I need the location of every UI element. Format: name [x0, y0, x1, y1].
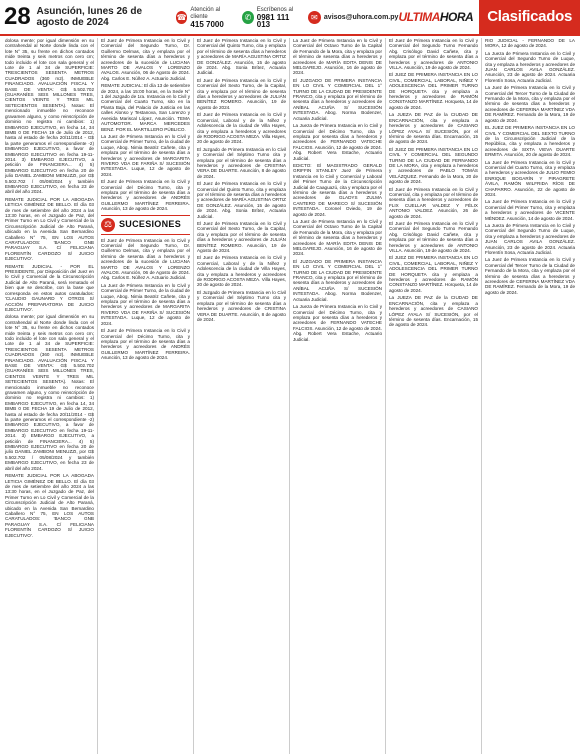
section-title: Clasificados: [479, 0, 580, 34]
contact-email-value: avisos@uhora.com.py: [324, 14, 399, 21]
column-3: El Juez de Primera Instancia en lo Civil…: [194, 38, 290, 754]
notice: El Juez de Primera Instancia en lo Civil…: [101, 38, 190, 81]
notice: La Juez de Primera Instancia en lo Civil…: [485, 199, 575, 221]
notice: La Jueza de Primera Instancia en lo Civi…: [485, 223, 575, 255]
notice: La Juez de Primera Instancia en lo Civil…: [101, 134, 190, 177]
column-5: El Juez de Primera Instancia en lo Civil…: [386, 38, 482, 754]
contact-phone-value: 415 7000: [190, 21, 234, 28]
phone-icon: ☎: [176, 11, 188, 24]
notice: La Jueza de Primera Instancia en lo Civi…: [293, 123, 382, 161]
notice: El Juez de Primera Instancia en lo Civil…: [197, 221, 286, 253]
notice: El Juez de Primera Instancia en lo Civil…: [389, 187, 478, 219]
notice: REMATE JUDICIAL POR LA ABOGADA LETICIA G…: [5, 197, 94, 262]
page-header: 28 Asunción, lunes 26 de agosto de 2024 …: [0, 0, 580, 34]
brand-logo: ULTIMAHORA Clasificados: [398, 0, 580, 34]
notice: El Juez de Primera Instancia en lo Civil…: [101, 328, 190, 360]
column-1: dolosa mente; por igual dimensión en su …: [2, 38, 98, 754]
header-rule: [0, 34, 580, 36]
notice: El JUEZ DE PRIMERA INSTANCIA EN LO CIVIL…: [389, 255, 478, 293]
dateline: Asunción, lunes 26 de agosto de 2024: [36, 6, 171, 28]
notice: El Juzgado de Primera Instancia en lo Ci…: [197, 147, 286, 179]
section-label: SUCESIONES: [119, 222, 181, 227]
notice: El JUZGADO DE PRIMERA INSTANCIA EN LO CI…: [293, 78, 382, 121]
notice: RIO JUDICIAL - FERNANDO DE LA MORA, 12 d…: [485, 38, 575, 49]
page-number: 28: [4, 3, 36, 31]
notice: El Juez de Primera Instancia en lo Civil…: [197, 181, 286, 219]
notice: El Juez de Primera Instancia en lo Civil…: [389, 221, 478, 253]
email-icon: ✉: [308, 11, 321, 24]
contact-email[interactable]: ✉ avisos@uhora.com.py: [308, 11, 399, 24]
logo-ultima-hora: ULTIMAHORA: [398, 10, 479, 24]
notice: El JUEZ DE PRIMERA INSTANCIA EN LO CIVIL…: [389, 72, 478, 110]
notice: EL JUEZ DE PRIMERA INSTANCIA EN LO CIVIL…: [485, 125, 575, 157]
whatsapp-icon: ✆: [242, 11, 254, 24]
contact-whatsapp[interactable]: ✆ Escríbenos al0981 111 013: [242, 7, 300, 28]
notice: La Jueza de Primera Instancia en lo Civi…: [485, 51, 575, 83]
notice: REMATE JUDICIAL - POR EL PRESIDENTE, por…: [5, 264, 94, 313]
notice: La Juez de Primera Instancia en lo Civil…: [101, 283, 190, 326]
notice: La JUEZA DE PAZ de la CIUDAD DE ENCARNAC…: [389, 295, 478, 327]
notice: La Juez de Primera Instancia en lo Civil…: [485, 85, 575, 123]
notice: dolosa mente; por igual dimensión en su …: [5, 314, 94, 471]
notice: La Juez de Primera Instancia en lo Civil…: [485, 160, 575, 198]
notice: REMATE JUDICIAL: El día 13 de setiembre …: [101, 83, 190, 132]
notice: El Juez de Primera Instancia en lo Civil…: [389, 38, 478, 70]
notice: La Jueza de Primera Instancia en lo Civi…: [293, 304, 382, 342]
column-2: El Juez de Primera Instancia en lo Civil…: [98, 38, 194, 754]
notice: El Juez de Primera Instancia en lo Civil…: [197, 112, 286, 144]
contact-whatsapp-value: 0981 111 013: [257, 14, 300, 28]
contact-whatsapp-label: Escríbenos al: [257, 7, 293, 13]
notice: El JUZGADO DE PRIMERA INSTANCIA EN LO CI…: [293, 259, 382, 302]
notice: El Juez de Primera Instancia en lo Civil…: [197, 78, 286, 110]
contact-phone-label: Atención al cliente: [190, 7, 220, 20]
notice: El Juez de Primera Instancia en lo Civil…: [101, 179, 190, 211]
notice: El Juzgado de Primera Instancia en lo Ci…: [197, 290, 286, 322]
notice: El Juez de Primera Instancia en lo Civil…: [197, 38, 286, 76]
column-4: La Juez de Primera Instancia en lo Civil…: [290, 38, 386, 754]
classifieds-columns: dolosa mente; por igual dimensión en su …: [2, 38, 578, 754]
notice: La Juez de Primera Instancia en lo Civil…: [293, 219, 382, 257]
section-header-sucesiones: ⚖ SUCESIONES: [101, 215, 190, 235]
notice: El JUEZ DE PRIMERA INSTANCIA EN LO CIVIL…: [389, 147, 478, 185]
notice: El Juez de Primera Instancia en lo Civil…: [101, 238, 190, 281]
scales-icon: ⚖: [101, 218, 115, 232]
notice: dolosa mente; por igual dimensión en su …: [5, 38, 94, 195]
notice: La Juez de Primera Instancia en lo Civil…: [293, 38, 382, 76]
notice: La Juez de Primera Instancia en lo Civil…: [485, 257, 575, 295]
notice: La JUEZA DE PAZ de la CIUDAD DE ENCARNAC…: [389, 112, 478, 144]
notice: REMATE JUDICIAL POR LA ABOGADA LETICIA G…: [5, 473, 94, 538]
notice: El Juez de Primera Instancia en lo Civil…: [197, 255, 286, 287]
notice: EDICTO: El MAGISTRADO GERALD GRIFFIN STA…: [293, 163, 382, 217]
column-6: RIO JUDICIAL - FERNANDO DE LA MORA, 12 d…: [482, 38, 578, 754]
contact-phone[interactable]: ☎ Atención al cliente415 7000: [176, 7, 234, 28]
